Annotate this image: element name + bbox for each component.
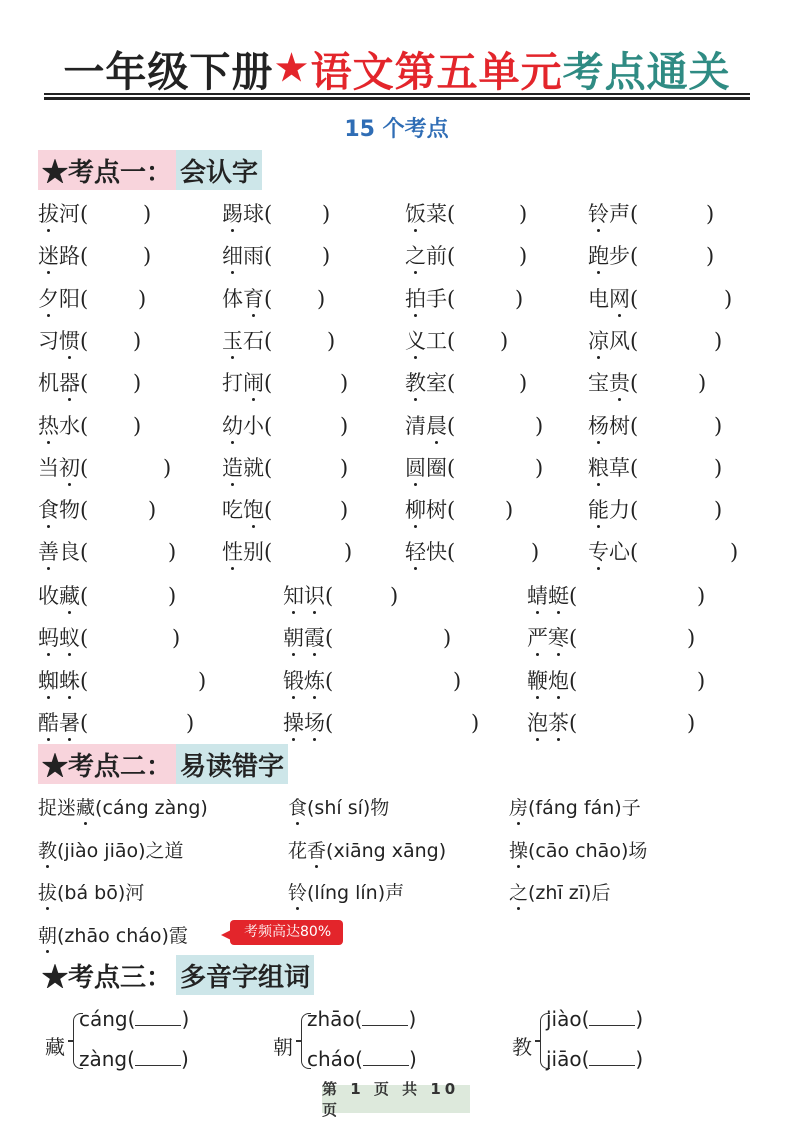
answer-paren-open[interactable]: ( (630, 498, 638, 522)
answer-paren-close: ) (186, 710, 194, 736)
pinyin-options[interactable]: (zhāo cháo) (57, 925, 169, 947)
word-item: 性别() (222, 539, 272, 565)
word-char: 之 (405, 244, 426, 268)
word-item: 热水() (38, 413, 88, 439)
answer-paren-open[interactable]: ( (630, 244, 638, 268)
word-item: 细雨() (222, 243, 272, 269)
title-grade: 一年级下册 (63, 39, 273, 98)
answer-paren-open[interactable]: ( (264, 329, 272, 353)
answer-paren-close: ) (322, 243, 330, 269)
misread-item: 花香(xiāng xāng) (288, 838, 446, 864)
answer-paren-close: ) (471, 710, 479, 736)
answer-paren-close: ) (317, 286, 325, 312)
word-item: 酷暑() (38, 710, 88, 736)
answer-paren-open[interactable]: ( (630, 540, 638, 564)
answer-paren-close: ) (687, 710, 695, 736)
reading-blank: cháo() (307, 1047, 417, 1071)
word-item: 幼小() (222, 413, 272, 439)
answer-paren-close: ) (148, 497, 156, 523)
polyphone-char: 朝 (273, 1031, 293, 1060)
word-item: 专心() (588, 539, 638, 565)
word-item: 之前() (405, 243, 455, 269)
answer-paren-open[interactable]: ( (630, 414, 638, 438)
answer-paren-open[interactable]: ( (80, 244, 88, 268)
misread-item: 之(zhī zī)后 (509, 880, 610, 906)
subtitle-point-count: 15 个考点 (0, 112, 793, 143)
reading-blank: jiāo() (546, 1047, 643, 1071)
misread-item: 操(cāo chāo)场 (509, 838, 647, 864)
answer-paren-close: ) (168, 583, 176, 609)
polyphone-char: 藏 (45, 1031, 65, 1060)
word-char: 炮 (548, 669, 569, 693)
word-char: 就 (243, 456, 264, 480)
target-char: 朝 (38, 925, 57, 947)
answer-paren-open[interactable]: ( (80, 711, 88, 735)
answer-paren-open[interactable]: ( (80, 202, 88, 226)
word-item: 食物() (38, 497, 88, 523)
answer-paren-close: ) (133, 413, 141, 439)
word-char: 幼 (222, 414, 243, 438)
word-char: 当 (38, 456, 59, 480)
answer-paren-close: ) (344, 539, 352, 565)
word-char: 严 (527, 626, 548, 650)
document-title: 一年级下册 ★ 语文第五单元 考点通关 (44, 42, 750, 94)
answer-paren-open[interactable]: ( (630, 329, 638, 353)
reading-blank: zàng() (79, 1047, 189, 1071)
word-char: 知 (283, 584, 304, 608)
answer-paren-close: ) (714, 413, 722, 439)
paren-close: ) (409, 1047, 417, 1071)
section-2-heading: ★考点二： 易读错字 (38, 744, 288, 784)
word-char: 手 (426, 287, 447, 311)
paren-close: ) (181, 1047, 189, 1071)
word-item: 吃饱() (222, 497, 272, 523)
answer-paren-close: ) (519, 370, 527, 396)
reading-pinyin: zàng( (79, 1047, 135, 1071)
answer-paren-open[interactable]: ( (325, 584, 333, 608)
word-item: 柳树() (405, 497, 455, 523)
word-char: 惯 (59, 329, 80, 353)
answer-blank[interactable] (363, 1048, 409, 1066)
word-char: 快 (426, 540, 447, 564)
word-char: 工 (426, 329, 447, 353)
word-char: 教 (405, 371, 426, 395)
word-char: 茶 (548, 711, 569, 735)
answer-paren-close: ) (138, 286, 146, 312)
word-char: 雨 (243, 244, 264, 268)
word-char: 鞭 (527, 669, 548, 693)
word-char: 义 (405, 329, 426, 353)
word-item: 当初() (38, 455, 88, 481)
context-chars: 捉迷 (38, 797, 76, 819)
answer-paren-open[interactable]: ( (264, 498, 272, 522)
section-2-topic: 易读错字 (176, 744, 288, 784)
misread-item: 教(jiào jiāo)之道 (38, 838, 184, 864)
context-chars: 声 (385, 882, 404, 904)
word-item: 蚂蚁() (38, 625, 88, 651)
answer-paren-open[interactable]: ( (447, 540, 455, 564)
word-char: 吃 (222, 498, 243, 522)
word-item: 朝霞() (283, 625, 333, 651)
word-item: 操场() (283, 710, 333, 736)
section-3-topic: 多音字组词 (176, 955, 314, 995)
word-char: 石 (243, 329, 264, 353)
pinyin-options[interactable]: (shí sí) (307, 797, 370, 819)
word-item: 打闹() (222, 370, 272, 396)
paren-close: ) (635, 1047, 643, 1071)
answer-paren-open[interactable]: ( (447, 371, 455, 395)
word-char: 酷 (38, 711, 59, 735)
word-char: 藏 (59, 584, 80, 608)
word-char: 圈 (426, 456, 447, 480)
target-char: 铃 (288, 882, 307, 904)
answer-paren-close: ) (706, 243, 714, 269)
answer-paren-open[interactable]: ( (447, 456, 455, 480)
word-item: 锻炼() (283, 668, 333, 694)
word-char: 草 (609, 456, 630, 480)
reading-pinyin: cáng( (79, 1007, 135, 1031)
answer-paren-open[interactable]: ( (80, 371, 88, 395)
paren-close: ) (181, 1007, 189, 1031)
answer-paren-close: ) (172, 625, 180, 651)
answer-paren-close: ) (143, 243, 151, 269)
section-3-heading: ★考点三： 多音字组词 (38, 955, 314, 995)
answer-paren-open[interactable]: ( (264, 371, 272, 395)
section-2-label: ★考点二： (38, 744, 176, 784)
word-char: 蜘 (38, 669, 59, 693)
answer-paren-close: ) (714, 497, 722, 523)
answer-paren-open[interactable]: ( (80, 329, 88, 353)
answer-paren-open[interactable]: ( (264, 287, 272, 311)
word-char: 球 (243, 202, 264, 226)
answer-paren-open[interactable]: ( (264, 414, 272, 438)
answer-paren-close: ) (143, 201, 151, 227)
word-char: 炼 (304, 669, 325, 693)
answer-paren-open[interactable]: ( (447, 498, 455, 522)
answer-paren-close: ) (535, 413, 543, 439)
word-char: 蛛 (59, 669, 80, 693)
answer-paren-close: ) (340, 370, 348, 396)
target-char: 教 (38, 840, 57, 862)
word-char: 蚂 (38, 626, 59, 650)
answer-paren-open[interactable]: ( (80, 456, 88, 480)
pinyin-options[interactable]: (cāo chāo) (528, 840, 628, 862)
word-char: 晨 (426, 414, 447, 438)
answer-paren-close: ) (687, 625, 695, 651)
misread-item: 朝(zhāo cháo)霞 (38, 923, 188, 949)
answer-paren-open[interactable]: ( (264, 540, 272, 564)
word-char: 热 (38, 414, 59, 438)
paren-close: ) (408, 1007, 416, 1031)
brace-tip (296, 1040, 302, 1042)
pinyin-options[interactable]: (jiào jiāo) (57, 840, 146, 862)
word-item: 造就() (222, 455, 272, 481)
word-item: 拍手() (405, 286, 455, 312)
answer-paren-close: ) (714, 455, 722, 481)
word-char: 粮 (588, 456, 609, 480)
word-char: 蜻 (527, 584, 548, 608)
pinyin-options[interactable]: (fáng fán) (528, 797, 622, 819)
word-item: 泡茶() (527, 710, 577, 736)
word-item: 跑步() (588, 243, 638, 269)
word-item: 能力() (588, 497, 638, 523)
word-char: 饱 (243, 498, 264, 522)
target-char: 操 (509, 840, 528, 862)
word-char: 闹 (243, 371, 264, 395)
answer-paren-open[interactable]: ( (264, 202, 272, 226)
section-1-heading: ★考点一： 会认字 (38, 150, 262, 190)
word-char: 力 (609, 498, 630, 522)
answer-paren-close: ) (340, 413, 348, 439)
answer-paren-close: ) (133, 328, 141, 354)
answer-paren-close: ) (706, 201, 714, 227)
word-char: 电 (588, 287, 609, 311)
word-char: 霞 (304, 626, 325, 650)
word-char: 圆 (405, 456, 426, 480)
word-char: 网 (609, 287, 630, 311)
answer-paren-open[interactable]: ( (630, 456, 638, 480)
word-char: 习 (38, 329, 59, 353)
answer-paren-close: ) (340, 497, 348, 523)
misread-item: 房(fáng fán)子 (509, 795, 641, 821)
reading-blank: jiào() (546, 1007, 643, 1031)
word-char: 步 (609, 244, 630, 268)
answer-paren-open[interactable]: ( (80, 414, 88, 438)
word-char: 树 (609, 414, 630, 438)
word-item: 迷路() (38, 243, 88, 269)
answer-paren-open[interactable]: ( (325, 669, 333, 693)
word-item: 饭菜() (405, 201, 455, 227)
title-subject-unit: 语文第五单元 (311, 39, 563, 98)
answer-blank[interactable] (135, 1048, 181, 1066)
word-char: 暑 (59, 711, 80, 735)
polyphone-group: 朝zhāo()cháo() (273, 1005, 473, 1085)
polyphone-group: 教jiào()jiāo() (512, 1005, 712, 1085)
context-chars: 场 (628, 840, 647, 862)
word-item: 铃声() (588, 201, 638, 227)
pinyin-options[interactable]: (bá bō) (57, 882, 125, 904)
word-char: 室 (426, 371, 447, 395)
word-item: 粮草() (588, 455, 638, 481)
context-chars: 花 (288, 840, 307, 862)
answer-paren-open[interactable]: ( (447, 329, 455, 353)
word-char: 细 (222, 244, 243, 268)
title-underline-thin (44, 93, 750, 95)
answer-paren-close: ) (500, 328, 508, 354)
reading-pinyin: jiào( (546, 1007, 589, 1031)
word-char: 迷 (38, 244, 59, 268)
answer-paren-close: ) (535, 455, 543, 481)
word-item: 教室() (405, 370, 455, 396)
word-char: 机 (38, 371, 59, 395)
word-item: 善良() (38, 539, 88, 565)
word-item: 玉石() (222, 328, 272, 354)
pinyin-options[interactable]: (cáng zàng) (95, 797, 208, 819)
answer-paren-close: ) (133, 370, 141, 396)
answer-paren-close: ) (515, 286, 523, 312)
answer-paren-open[interactable]: ( (630, 371, 638, 395)
answer-blank[interactable] (362, 1008, 408, 1026)
word-item: 收藏() (38, 583, 88, 609)
word-char: 拔 (38, 202, 59, 226)
answer-paren-close: ) (163, 455, 171, 481)
word-char: 路 (59, 244, 80, 268)
word-char: 河 (59, 202, 80, 226)
word-char: 场 (304, 711, 325, 735)
word-char: 泡 (527, 711, 548, 735)
word-item: 鞭炮() (527, 668, 577, 694)
target-char: 之 (509, 882, 528, 904)
reading-pinyin: cháo( (307, 1047, 363, 1071)
answer-paren-open[interactable]: ( (569, 584, 577, 608)
answer-paren-open[interactable]: ( (569, 711, 577, 735)
word-char: 阳 (59, 287, 80, 311)
answer-paren-close: ) (714, 328, 722, 354)
word-char: 专 (588, 540, 609, 564)
answer-paren-close: ) (724, 286, 732, 312)
word-item: 拔河() (38, 201, 88, 227)
word-char: 心 (609, 540, 630, 564)
word-item: 踢球() (222, 201, 272, 227)
word-char: 饭 (405, 202, 426, 226)
pinyin-options[interactable]: (zhī zī) (528, 882, 591, 904)
answer-paren-open[interactable]: ( (80, 540, 88, 564)
answer-paren-open[interactable]: ( (447, 244, 455, 268)
word-char: 物 (59, 498, 80, 522)
misread-item: 捉迷藏(cáng zàng) (38, 795, 208, 821)
answer-paren-open[interactable]: ( (325, 626, 333, 650)
answer-blank[interactable] (135, 1008, 181, 1026)
word-item: 电网() (588, 286, 638, 312)
target-char: 拔 (38, 882, 57, 904)
answer-paren-open[interactable]: ( (447, 414, 455, 438)
polyphone-group: 藏cáng()zàng() (45, 1005, 245, 1085)
word-char: 凉 (588, 329, 609, 353)
reading-blank: zhāo() (307, 1007, 416, 1031)
brace-tip (535, 1040, 541, 1042)
word-char: 风 (609, 329, 630, 353)
misread-item: 铃(líng lín)声 (288, 880, 404, 906)
word-char: 菜 (426, 202, 447, 226)
word-char: 声 (609, 202, 630, 226)
word-char: 清 (405, 414, 426, 438)
word-char: 器 (59, 371, 80, 395)
word-char: 别 (243, 540, 264, 564)
word-char: 能 (588, 498, 609, 522)
word-char: 玉 (222, 329, 243, 353)
pinyin-options[interactable]: (líng lín) (307, 882, 385, 904)
word-char: 蚁 (59, 626, 80, 650)
answer-paren-open[interactable]: ( (80, 287, 88, 311)
page-number: 第 1 页 共 10 页 (322, 1085, 470, 1113)
word-char: 宝 (588, 371, 609, 395)
pinyin-options[interactable]: (xiāng xāng) (326, 840, 446, 862)
answer-paren-open[interactable]: ( (630, 287, 638, 311)
word-item: 杨树() (588, 413, 638, 439)
word-char: 性 (222, 540, 243, 564)
answer-paren-open[interactable]: ( (325, 711, 333, 735)
section-3-label: ★考点三： (38, 955, 176, 995)
target-char: 香 (307, 840, 326, 862)
context-chars: 物 (370, 797, 389, 819)
context-chars: 之道 (146, 840, 184, 862)
answer-paren-close: ) (453, 668, 461, 694)
answer-paren-open[interactable]: ( (80, 498, 88, 522)
word-char: 水 (59, 414, 80, 438)
answer-paren-open[interactable]: ( (80, 584, 88, 608)
context-chars: 后 (591, 882, 610, 904)
word-char: 寒 (548, 626, 569, 650)
answer-paren-open[interactable]: ( (447, 287, 455, 311)
reading-pinyin: jiāo( (546, 1047, 589, 1071)
answer-blank[interactable] (589, 1048, 635, 1066)
misread-item: 拔(bá bō)河 (38, 880, 144, 906)
word-char: 树 (426, 498, 447, 522)
answer-paren-close: ) (531, 539, 539, 565)
word-char: 跑 (588, 244, 609, 268)
word-char: 初 (59, 456, 80, 480)
word-char: 蜓 (548, 584, 569, 608)
answer-paren-open[interactable]: ( (569, 669, 577, 693)
section-1-label: ★考点一： (38, 150, 176, 190)
polyphone-char: 教 (512, 1031, 532, 1060)
section-1-topic: 会认字 (176, 150, 262, 190)
answer-paren-close: ) (519, 243, 527, 269)
answer-paren-open[interactable]: ( (264, 456, 272, 480)
answer-paren-open[interactable]: ( (264, 244, 272, 268)
answer-paren-close: ) (322, 201, 330, 227)
context-chars: 河 (125, 882, 144, 904)
answer-paren-close: ) (697, 583, 705, 609)
word-char: 轻 (405, 540, 426, 564)
word-item: 义工() (405, 328, 455, 354)
word-item: 严寒() (527, 625, 577, 651)
word-item: 体育() (222, 286, 272, 312)
reading-blank: cáng() (79, 1007, 189, 1031)
context-chars: 子 (622, 797, 641, 819)
word-char: 朝 (283, 626, 304, 650)
word-item: 凉风() (588, 328, 638, 354)
frequency-badge: 考频高达80% (230, 920, 343, 945)
word-char: 善 (38, 540, 59, 564)
word-char: 识 (304, 584, 325, 608)
answer-paren-close: ) (730, 539, 738, 565)
word-item: 蜻蜓() (527, 583, 577, 609)
word-char: 造 (222, 456, 243, 480)
answer-blank[interactable] (589, 1008, 635, 1026)
word-char: 前 (426, 244, 447, 268)
title-checkpoint: 考点通关 (563, 39, 731, 98)
target-char: 藏 (76, 797, 95, 819)
answer-paren-open[interactable]: ( (80, 669, 88, 693)
word-item: 清晨() (405, 413, 455, 439)
answer-paren-close: ) (168, 539, 176, 565)
answer-paren-open[interactable]: ( (80, 626, 88, 650)
word-char: 育 (243, 287, 264, 311)
answer-paren-open[interactable]: ( (569, 626, 577, 650)
word-item: 机器() (38, 370, 88, 396)
word-char: 操 (283, 711, 304, 735)
answer-paren-close: ) (198, 668, 206, 694)
word-item: 知识() (283, 583, 333, 609)
word-item: 夕阳() (38, 286, 88, 312)
answer-paren-close: ) (505, 497, 513, 523)
answer-paren-close: ) (519, 201, 527, 227)
answer-paren-open[interactable]: ( (447, 202, 455, 226)
answer-paren-open[interactable]: ( (630, 202, 638, 226)
word-char: 踢 (222, 202, 243, 226)
title-underline-thick (44, 97, 750, 100)
